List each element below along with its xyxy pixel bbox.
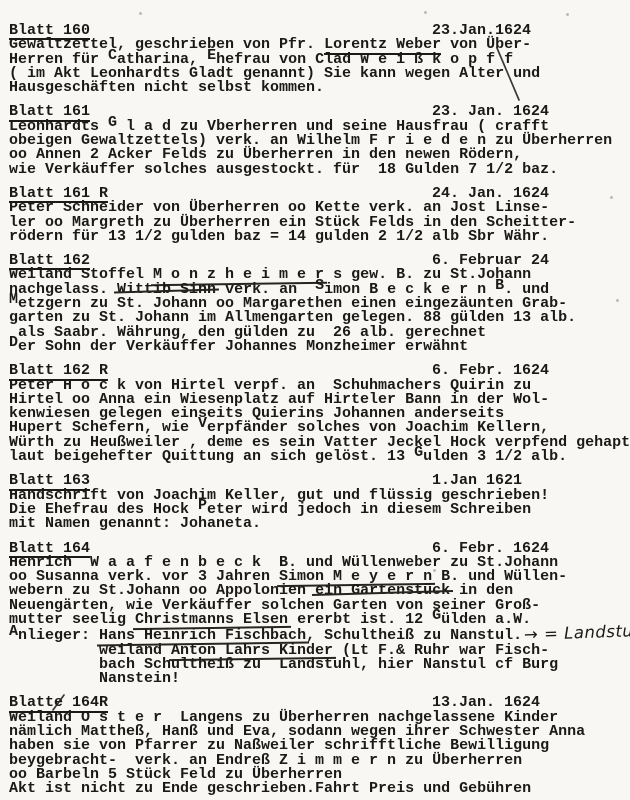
raised-char: B (495, 279, 504, 293)
entry-blatt: Blatte 164R13.Jan. 1624Weiland O s t e r… (9, 696, 630, 796)
entry-label: Blatt 164 (9, 542, 90, 558)
entry-header: Blatt 1631.Jan 1621 (9, 474, 630, 488)
raised-char: V (198, 417, 207, 431)
text-line: Akt ist nicht zu Ende geschrieben.Fahrt … (9, 782, 630, 796)
entry-date: 23.Jan.1624 (432, 24, 531, 38)
hand-underlined-name: Christmanns Elsen (135, 611, 288, 628)
raised-char: P (198, 499, 207, 513)
raised-char: C (108, 49, 117, 63)
entry-label: Blatt 162 (9, 254, 90, 270)
entry-label: Blatt 163 (9, 474, 90, 490)
text-line: Der Sohn der Verkäuffer Johannes Monzhei… (9, 340, 630, 354)
text-line: mit Namen genannt: Johaneta. (9, 517, 630, 531)
raised-char: S (315, 279, 324, 293)
scan-speck (433, 569, 436, 572)
entry-blatt: Blatt 162 R6. Febr. 1624Peter H o c k vo… (9, 364, 630, 464)
entry-date: 6. Febr. 1624 (432, 364, 549, 378)
raised-char: G (108, 116, 117, 130)
scan-speck (566, 13, 569, 16)
scan-speck (424, 11, 427, 14)
text-segment: nlieger: (18, 627, 99, 644)
text-line: rödern für 13 1/2 gulden baz = 14 gulden… (9, 230, 630, 244)
entry-blatt: Blatt 161 R24. Jan. 1624Peter Schneider … (9, 187, 630, 244)
raised-char: D (9, 336, 18, 350)
text-segment: mutter seelig (9, 611, 135, 628)
entry-date: 13.Jan. 1624 (432, 696, 540, 710)
entries: Blatt 16023.Jan.1624Gewaltzettel, geschr… (9, 24, 630, 797)
raised-char: M (9, 293, 18, 307)
text-line: wie Verkäuffer solches ausgestockt. für … (9, 163, 630, 177)
text-segment: Hausgeschäften nicht selbst kommen. (9, 79, 324, 96)
raised-char: G (432, 609, 441, 623)
entry-header: Blatt 161 R24. Jan. 1624 (9, 187, 630, 201)
text-segment: mit Namen genannt: Johaneta. (9, 515, 261, 532)
entry-date: 6. Februar 24 (432, 254, 549, 268)
entry-header: Blatt 162 R6. Febr. 1624 (9, 364, 630, 378)
entry-header: Blatt 16123. Jan. 1624 (9, 105, 630, 119)
entry-header: Blatte 164R13.Jan. 1624 (9, 696, 630, 710)
entry-header: Blatt 16023.Jan.1624 (9, 24, 630, 38)
hand-underlined-name: Anton Lahrs Kinder (171, 642, 333, 659)
text-segment: ulden 3 1/2 alb. (423, 448, 567, 465)
text-segment: Nanstein! (99, 670, 180, 687)
handwritten-note: → = Landstuh (524, 624, 630, 642)
entry-label: Blatt 160 (9, 24, 90, 40)
entry-blatt: Blatt 16023.Jan.1624Gewaltzettel, geschr… (9, 24, 630, 95)
text-segment: ererbt ist. 12 (288, 611, 432, 628)
raised-char: E (207, 49, 216, 63)
entry-blatt: Blatt 1646. Febr. 1624Henrich W a a f e … (9, 542, 630, 687)
entry-blatt: Blatt 1626. Februar 24Weiland Stoffel M … (9, 254, 630, 354)
scan-speck (610, 196, 613, 199)
scanned-typewritten-page: Blatt 16023.Jan.1624Gewaltzettel, geschr… (0, 0, 630, 800)
entry-blatt: Blatt 1631.Jan 1621Handschrift von Joach… (9, 474, 630, 531)
scan-speck (616, 299, 619, 302)
scan-speck (139, 12, 142, 15)
entry-label: Blatt 161 (9, 105, 90, 121)
text-segment: wie Verkäuffer solches ausgestockt. für … (9, 161, 558, 178)
raised-char: A (9, 625, 18, 639)
text-line: Hausgeschäften nicht selbst kommen. (9, 81, 630, 95)
text-line: laut beigehefter Quittung an sich gelöst… (9, 450, 630, 464)
struck-text: ein Gartenstück (315, 582, 450, 599)
text-segment: ülden a.W. (441, 611, 531, 628)
entry-blatt: Blatt 16123. Jan. 1624Leonhardts G l a d… (9, 105, 630, 176)
entry-label: Blatt 162 R (9, 364, 108, 380)
entry-label: Blatt 161 R (9, 187, 108, 203)
entry-date: 24. Jan. 1624 (432, 187, 549, 201)
entry-date: 23. Jan. 1624 (432, 105, 549, 119)
text-line: Nanstein! (9, 672, 630, 686)
entry-date: 1.Jan 1621 (432, 474, 522, 488)
struck-text: Wittib Sinn (117, 281, 216, 298)
text-segment: Akt ist nicht zu Ende geschrieben.Fahrt … (9, 780, 531, 797)
text-segment: laut beigehefter Quittung an sich gelöst… (9, 448, 414, 465)
text-segment: rödern für 13 1/2 gulden baz = 14 gulden… (9, 228, 549, 245)
entry-label: Blatte 164R (9, 696, 108, 712)
text-segment: er Sohn der Verkäuffer Johannes Monzheim… (18, 338, 468, 355)
entry-header: Blatt 1646. Febr. 1624 (9, 542, 630, 556)
entry-date: 6. Febr. 1624 (432, 542, 549, 556)
raised-char: G (414, 446, 423, 460)
